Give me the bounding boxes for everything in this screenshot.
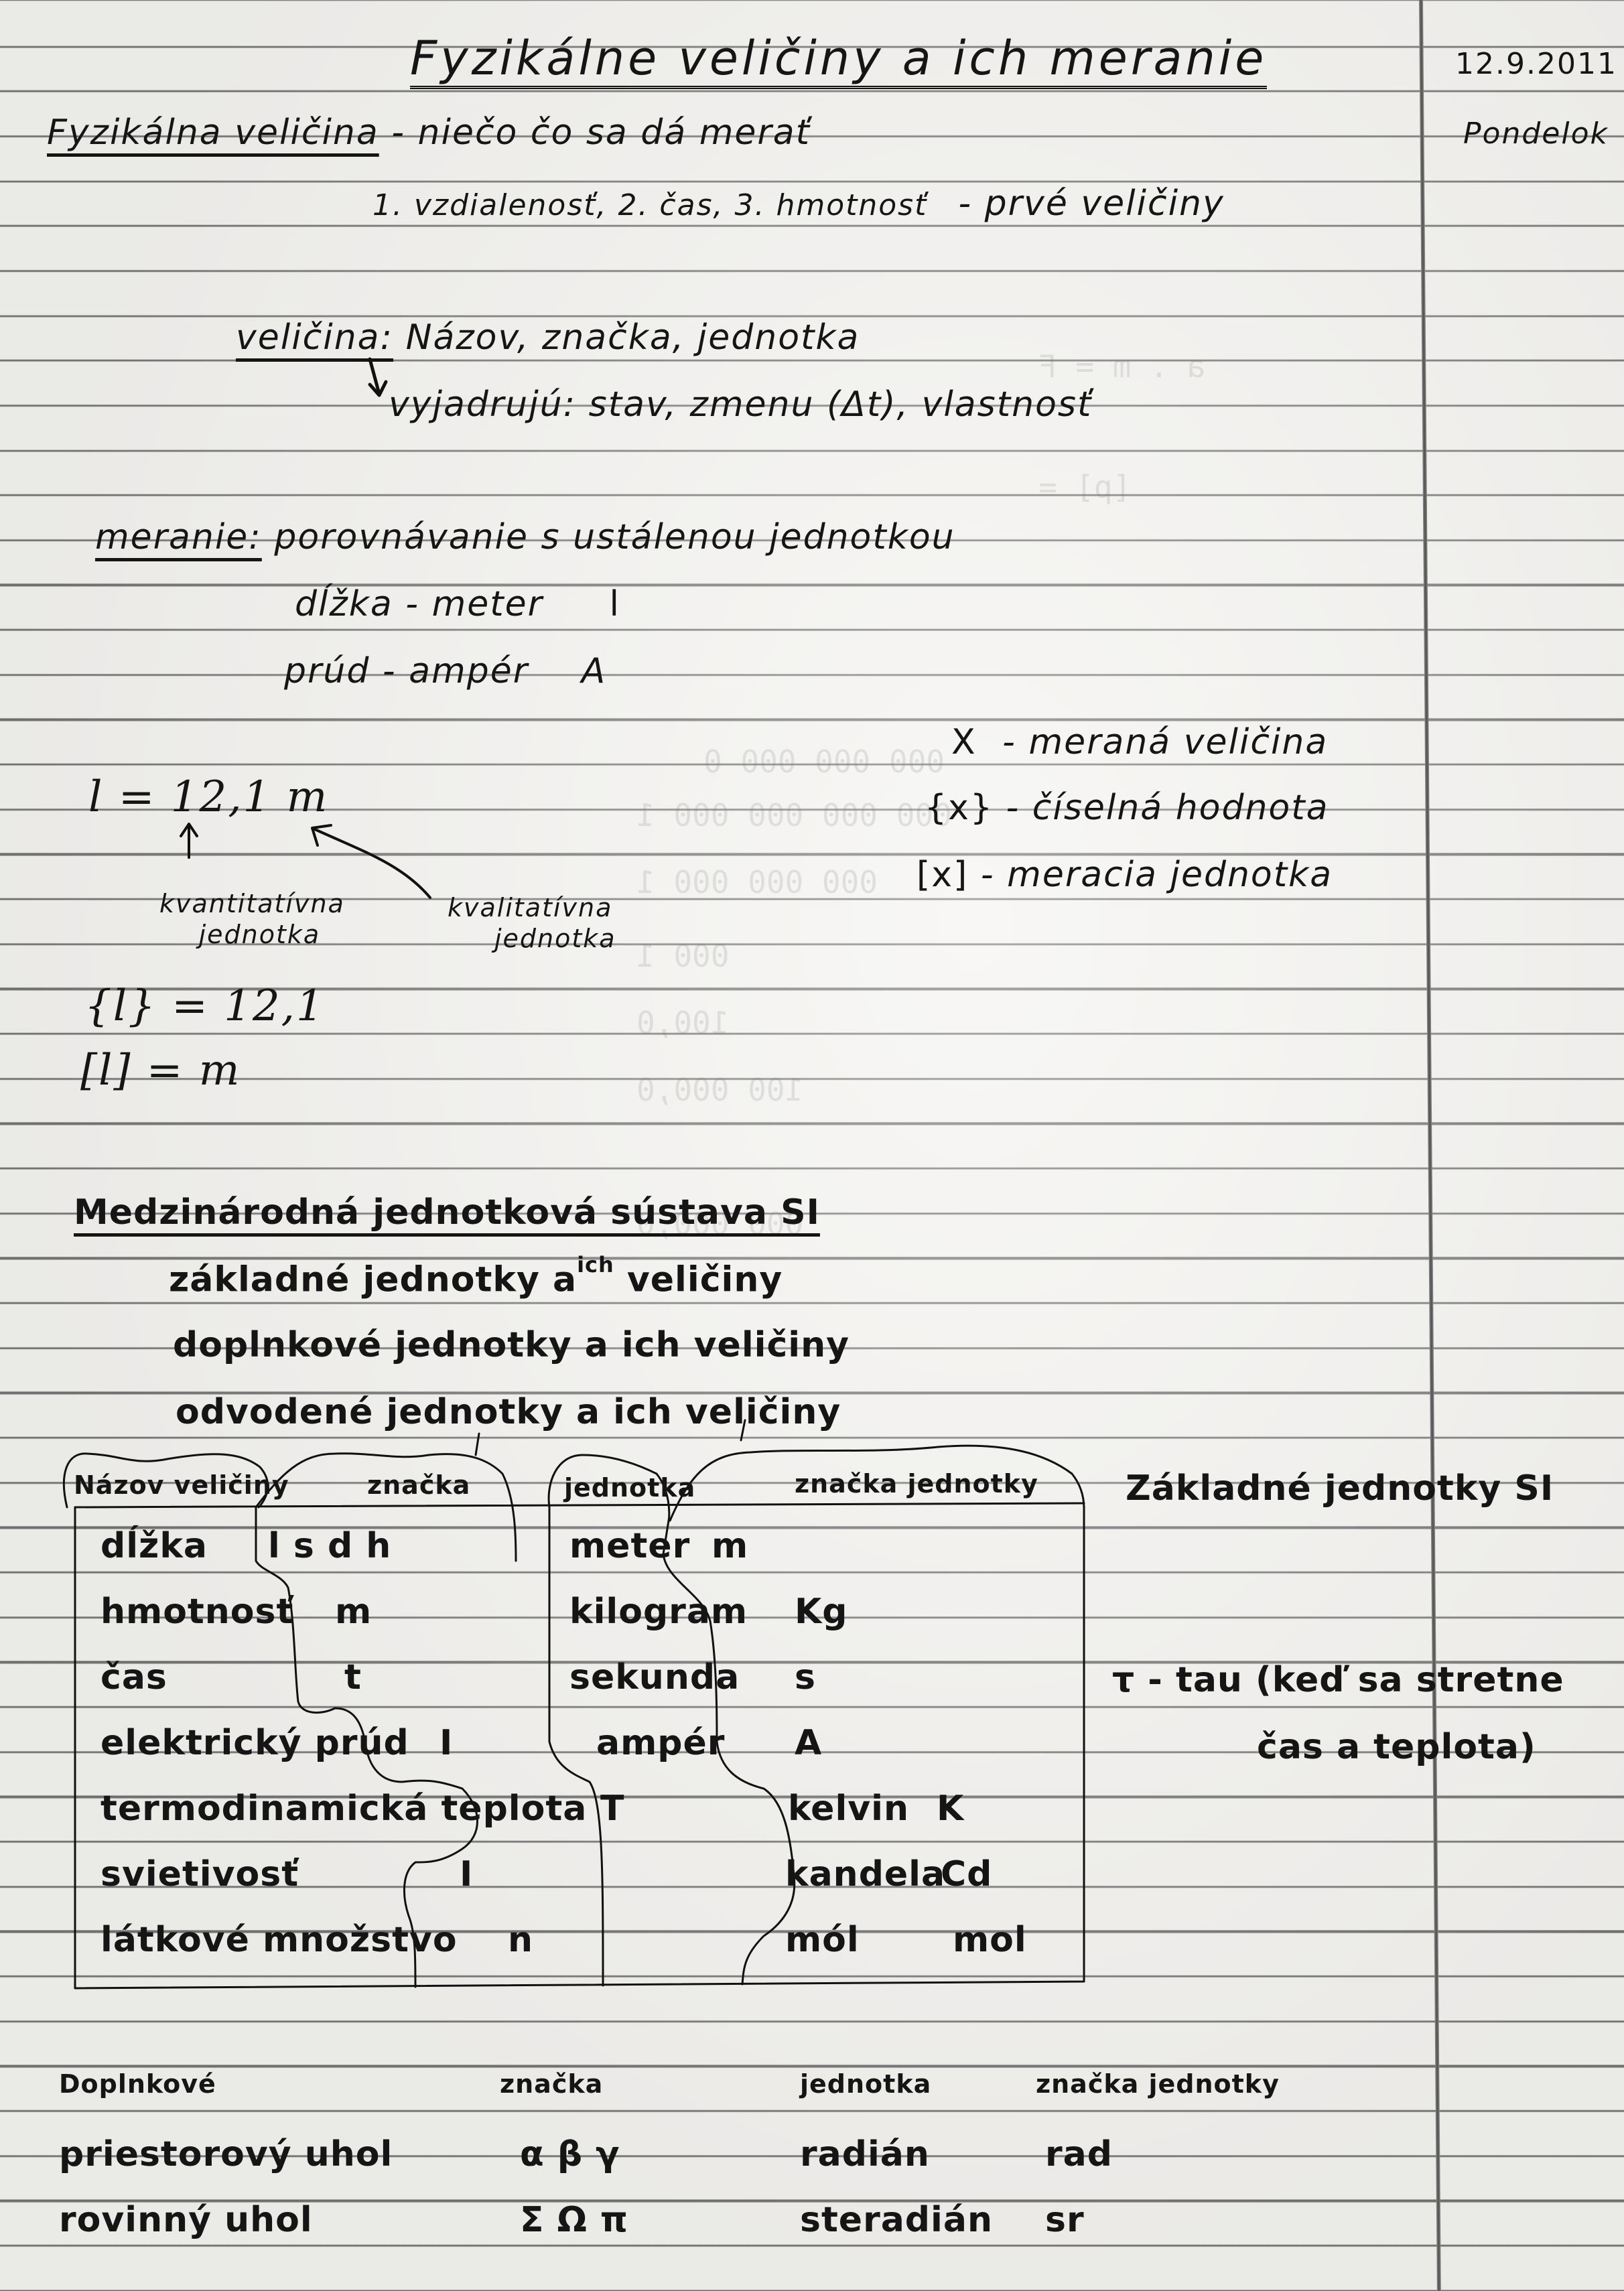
page-title: Fyzikálne veličiny a ich meranie — [410, 35, 1267, 89]
first-quantities-note: - prvé veličiny — [958, 184, 1224, 224]
example-symbol: A — [582, 651, 607, 691]
table-cell-name: svietivosť — [100, 1857, 299, 1892]
definition-text: - niečo čo sa dá merať — [391, 113, 811, 153]
si-item: odvodené jednotky a ich veličiny — [176, 1395, 841, 1430]
table-cell-unit: kelvin — [788, 1791, 909, 1826]
definition-term: Fyzikálna veličina — [47, 113, 379, 153]
quantity-label: veličina: — [236, 318, 393, 358]
table-cell-name: elektrický prúd — [100, 1726, 409, 1760]
table-cell-symbol: T — [600, 1791, 624, 1826]
expresses-line: vyjadrujú: stav, zmenu (Δt), vlastnosť — [389, 387, 1092, 422]
measurement-example-length: dĺžka - meter l — [295, 587, 620, 622]
table-cell-name: čas — [100, 1660, 167, 1695]
table-cell-name: látkové množstvo — [100, 1923, 458, 1957]
expresses-values: stav, zmenu (Δt), vlastnosť — [589, 385, 1093, 425]
first-quantities-line: 1. vzdialenosť, 2. čas, 3. hmotnosť - pr… — [373, 186, 1225, 221]
supplementary-cell-name: rovinný uhol — [59, 2203, 313, 2237]
supplementary-column-header: jednotka — [800, 2071, 931, 2097]
supplementary-cell-symbol: α β γ — [520, 2137, 620, 2172]
table-cell-symbol: l s d h — [268, 1529, 391, 1564]
supplementary-column-header: značka jednotky — [1036, 2071, 1280, 2097]
example-quantity: dĺžka — [295, 584, 393, 624]
table-cell-unit-symbol: m — [712, 1529, 748, 1564]
table-cell-symbol: m — [335, 1594, 372, 1629]
example-quantity: prúd — [284, 651, 370, 691]
table-cell-unit-symbol: K — [937, 1791, 964, 1826]
column-header: Názov veličiny — [74, 1472, 289, 1498]
unit-value: [l] = m — [80, 1049, 241, 1092]
measurement-line: meranie: porovnávanie s ustálenou jednot… — [95, 520, 955, 555]
definition-line: Fyzikálna veličina - niečo čo sa dá mera… — [47, 115, 811, 150]
supplementary-cell-unit: radián — [800, 2137, 930, 2172]
first-quantities: 1. vzdialenosť, 2. čas, 3. hmotnosť — [373, 188, 927, 222]
table-cell-name: termodinamická teplota — [100, 1791, 587, 1826]
example-unit: meter — [432, 584, 543, 624]
table-cell-unit: sekunda — [569, 1660, 740, 1695]
supplementary-cell-name: priestorový uhol — [59, 2137, 393, 2172]
quantitative-label: kvantitatívna jednotka — [159, 891, 345, 947]
table-cell-unit: mól — [785, 1923, 860, 1957]
table-cell-symbol: n — [508, 1923, 533, 1957]
table-cell-unit: meter — [569, 1529, 690, 1564]
supplementary-cell-unit: steradián — [800, 2203, 993, 2237]
table-cell-symbol: I — [460, 1857, 473, 1892]
si-heading: Medzinárodná jednotková sústava SI — [74, 1195, 820, 1230]
supplementary-cell-unit-symbol: rad — [1045, 2137, 1113, 2172]
table-cell-unit: kandela — [785, 1857, 945, 1892]
measurement-text: porovnávanie s ustálenou jednotkou — [274, 517, 955, 557]
table-cell-unit-symbol: s — [795, 1660, 816, 1695]
table-cell-symbol: t — [344, 1660, 362, 1695]
table-cell-symbol: I — [439, 1726, 453, 1760]
table-cell-unit-symbol: Kg — [795, 1594, 848, 1629]
column-header: značka — [367, 1472, 470, 1498]
quantity-parts: Názov, značka, jednotka — [406, 318, 860, 358]
quantity-line: veličina: Názov, značka, jednotka — [236, 320, 860, 355]
measurement-label: meranie: — [95, 517, 262, 557]
notation-row: {x} - číselná hodnota — [925, 790, 1329, 825]
tau-note-continued: čas a teplota) — [1257, 1730, 1536, 1764]
example-equation: l = 12,1 m — [88, 776, 328, 819]
measurement-example-current: prúd - ampér A — [284, 654, 606, 689]
date: 12.9.2011 — [1455, 50, 1617, 79]
supplementary-column-header: značka — [500, 2071, 603, 2097]
column-header: značka jednotky — [795, 1471, 1038, 1497]
table-cell-unit-symbol: Cd — [941, 1857, 992, 1892]
si-item: doplnkové jednotky a ich veličiny — [173, 1328, 850, 1363]
supplementary-cell-symbol: Σ Ω π — [520, 2203, 628, 2237]
table-cell-name: hmotnosť — [100, 1594, 293, 1629]
si-item: základné jednotky aich veličiny — [169, 1261, 783, 1297]
supplementary-cell-unit-symbol: sr — [1045, 2203, 1085, 2237]
weekday: Pondelok — [1463, 119, 1609, 149]
notation-row: [x] - meracia jednotka — [917, 857, 1333, 892]
inserted-word: ich — [577, 1252, 614, 1277]
expresses-label: vyjadrujú: — [389, 385, 576, 425]
example-symbol: l — [610, 584, 620, 624]
example-unit: ampér — [409, 651, 529, 691]
column-header: jednotka — [564, 1475, 695, 1501]
qualitative-label: kvalitatívna jednotka — [448, 895, 616, 951]
table-cell-unit: kilogram — [569, 1594, 748, 1629]
table-cell-unit-symbol: mol — [953, 1923, 1027, 1957]
table-cell-unit-symbol: A — [795, 1726, 822, 1760]
base-units-side-label: Základné jednotky SI — [1126, 1471, 1554, 1506]
tau-note: τ - tau (keď sa stretne — [1112, 1663, 1564, 1697]
supplementary-column-header: Doplnkové — [59, 2071, 216, 2097]
notation-row: X - meraná veličina — [951, 725, 1328, 760]
table-cell-name: dĺžka — [100, 1529, 208, 1564]
numeric-value: {l} = 12,1 — [84, 985, 325, 1028]
table-cell-unit: ampér — [596, 1726, 725, 1760]
